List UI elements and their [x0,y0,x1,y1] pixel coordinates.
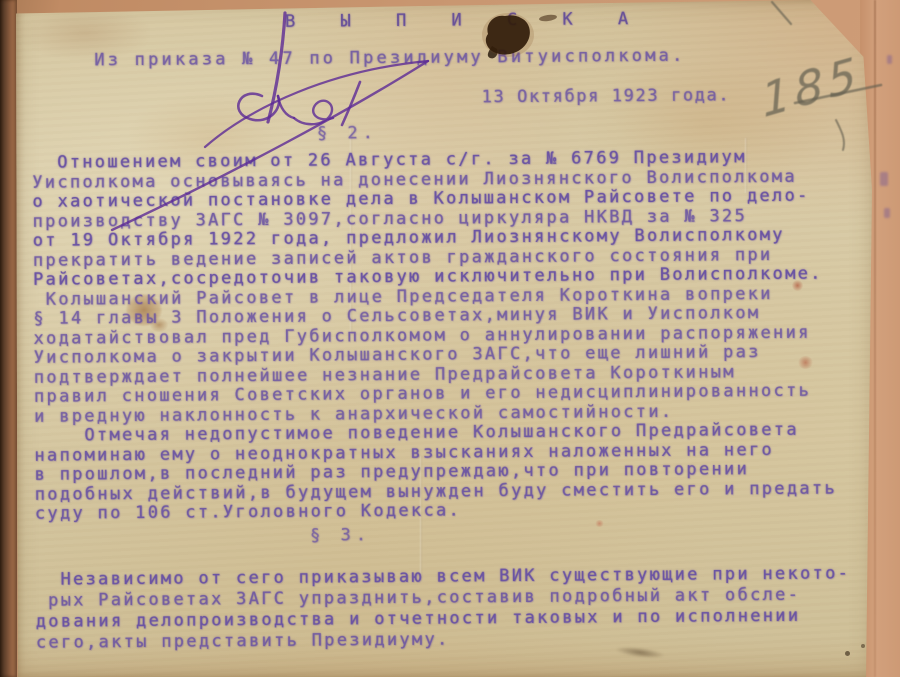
document-subtitle: Из приказа № 47 по Президиуму Витуисполк… [94,46,685,71]
section-3-heading: § 3. [310,525,371,545]
paragraph-2: Колышанский Райсовет в лице Председателя… [33,284,836,427]
section-2-body: Отношением своим от 26 Августа с/г. за №… [32,148,837,525]
document-scan: В Ы П И С К А Из приказа № 47 по Президи… [0,0,900,677]
section-3-body: Независимо от сего приказываю всем ВИК с… [35,563,850,653]
document-date: 13 Октября 1923 года. [482,85,731,107]
paragraph-4: Независимо от сего приказываю всем ВИК с… [35,563,850,653]
document-title: В Ы П И С К А [285,9,630,32]
paragraph-1: Отношением своим от 26 Августа с/г. за №… [32,148,835,291]
typed-line: суду по 106 ст.Уголовного Кодекса. [35,499,837,525]
paragraph-3: Отмечая недопустимое поведение Колышанск… [34,421,837,525]
section-2-heading: § 2. [317,123,378,143]
